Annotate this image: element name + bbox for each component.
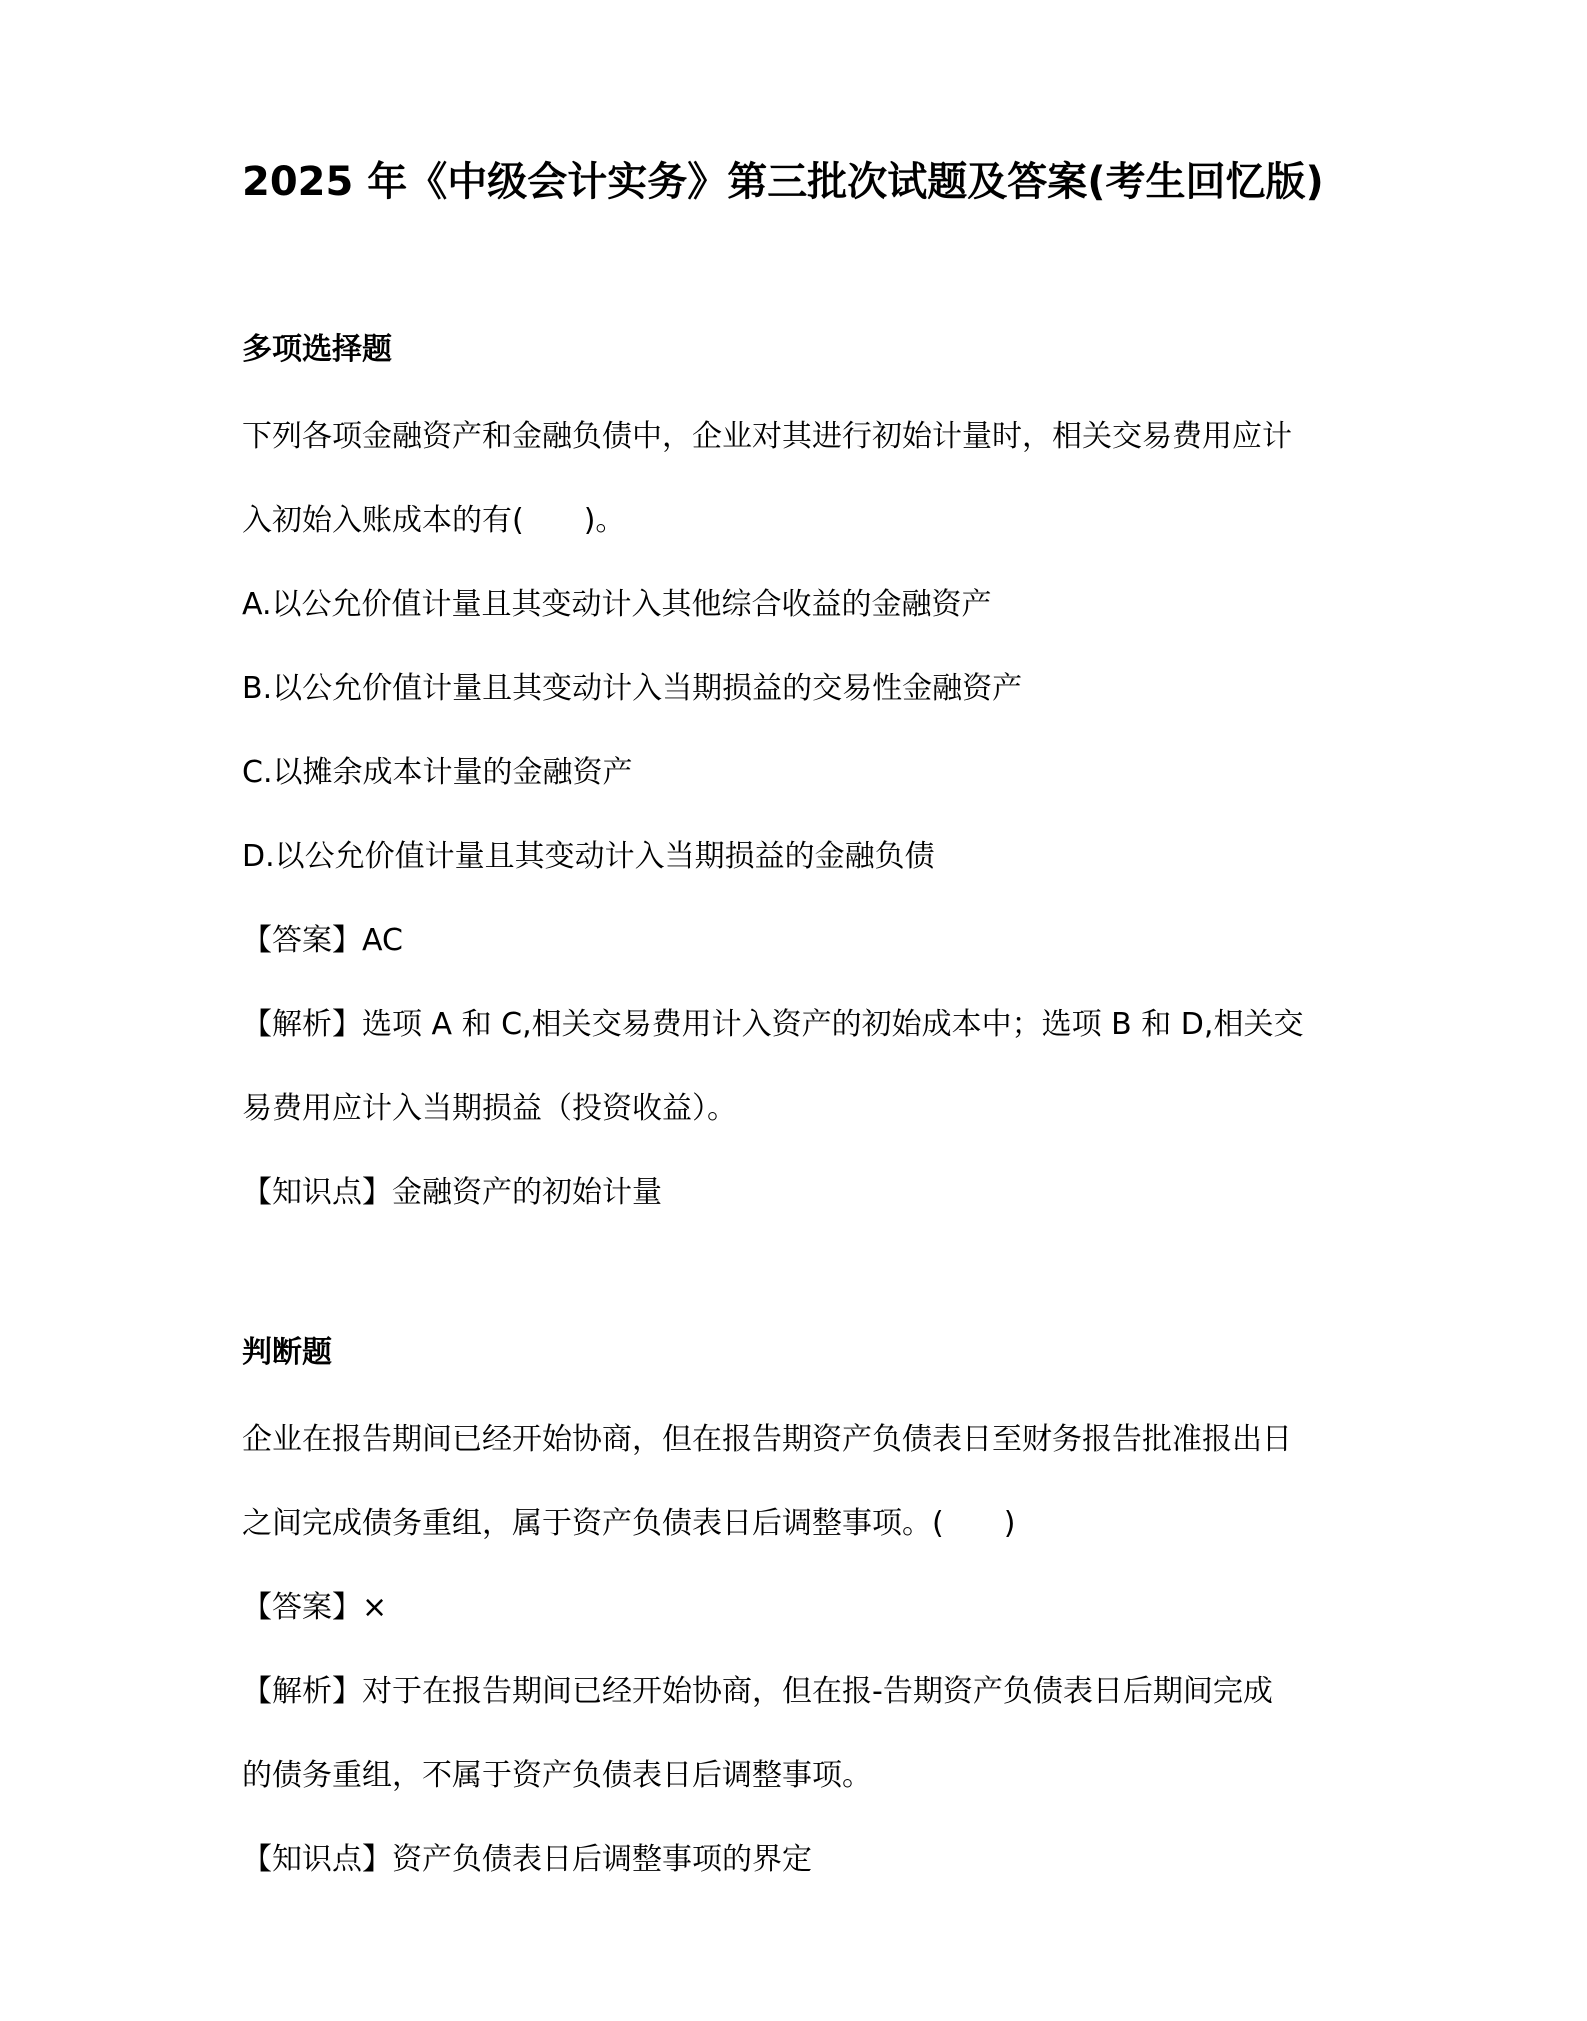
question-stem: 企业在报告期间已经开始协商，但在报告期资产负债表日至财务报告批准报出日 之间完成…: [242, 1398, 1362, 1566]
analysis-block: 【解析】选项 A 和 C,相关交易费用计入资产的初始成本中；选项 B 和 D,相…: [242, 983, 1362, 1151]
options-list: A.以公允价值计量且其变动计入其他综合收益的金融资产 B.以公允价值计量且其变动…: [242, 563, 1362, 899]
option-c: C.以摊余成本计量的金融资产: [242, 731, 1362, 815]
option-d: D.以公允价值计量且其变动计入当期损益的金融负债: [242, 815, 1362, 899]
question-line: 下列各项金融资产和金融负债中，企业对其进行初始计量时，相关交易费用应计: [242, 395, 1362, 479]
answer-block: 【答案】AC: [242, 899, 1362, 983]
answer-line: 【答案】×: [242, 1566, 1362, 1650]
answer-label: 【答案】: [242, 1590, 362, 1625]
analysis-label: 【解析】: [242, 1674, 362, 1709]
knowledge-block: 【知识点】金融资产的初始计量: [242, 1151, 1362, 1235]
document-page: 2025 年《中级会计实务》第三批次试题及答案(考生回忆版) 多项选择题 下列各…: [0, 0, 1587, 2021]
question-stem: 下列各项金融资产和金融负债中，企业对其进行初始计量时，相关交易费用应计 入初始入…: [242, 395, 1362, 563]
knowledge-value: 金融资产的初始计量: [392, 1175, 662, 1210]
option-a: A.以公允价值计量且其变动计入其他综合收益的金融资产: [242, 563, 1362, 647]
document-title: 2025 年《中级会计实务》第三批次试题及答案(考生回忆版): [242, 150, 1362, 214]
section-true-false: 判断题: [242, 1333, 1362, 1373]
analysis-line: 易费用应计入当期损益（投资收益）。: [242, 1067, 1362, 1151]
answer-value: ×: [362, 1590, 387, 1625]
section-heading: 多项选择题: [242, 330, 1362, 370]
knowledge-value: 资产负债表日后调整事项的界定: [392, 1842, 812, 1877]
analysis-line: 【解析】对于在报告期间已经开始协商，但在报-告期资产负债表日后期间完成: [242, 1650, 1362, 1734]
analysis-line: 【解析】选项 A 和 C,相关交易费用计入资产的初始成本中；选项 B 和 D,相…: [242, 983, 1362, 1067]
question-line: 之间完成债务重组，属于资产负债表日后调整事项。( ): [242, 1482, 1362, 1566]
knowledge-label: 【知识点】: [242, 1175, 392, 1210]
knowledge-line: 【知识点】资产负债表日后调整事项的界定: [242, 1818, 1362, 1902]
answer-label: 【答案】: [242, 923, 362, 958]
answer-value: AC: [362, 923, 403, 958]
analysis-text: 对于在报告期间已经开始协商，但在报-告期资产负债表日后期间完成: [362, 1674, 1273, 1709]
answer-line: 【答案】AC: [242, 899, 1362, 983]
question-line: 企业在报告期间已经开始协商，但在报告期资产负债表日至财务报告批准报出日: [242, 1398, 1362, 1482]
answer-block: 【答案】×: [242, 1566, 1362, 1650]
knowledge-label: 【知识点】: [242, 1842, 392, 1877]
section-multiple-choice: 多项选择题: [242, 330, 1362, 370]
analysis-line: 的债务重组，不属于资产负债表日后调整事项。: [242, 1734, 1362, 1818]
question-line: 入初始入账成本的有( )。: [242, 479, 1362, 563]
knowledge-line: 【知识点】金融资产的初始计量: [242, 1151, 1362, 1235]
analysis-label: 【解析】: [242, 1007, 362, 1042]
section-heading: 判断题: [242, 1333, 1362, 1373]
analysis-block: 【解析】对于在报告期间已经开始协商，但在报-告期资产负债表日后期间完成 的债务重…: [242, 1650, 1362, 1818]
knowledge-block: 【知识点】资产负债表日后调整事项的界定: [242, 1818, 1362, 1902]
analysis-text: 选项 A 和 C,相关交易费用计入资产的初始成本中；选项 B 和 D,相关交: [362, 1007, 1303, 1042]
option-b: B.以公允价值计量且其变动计入当期损益的交易性金融资产: [242, 647, 1362, 731]
